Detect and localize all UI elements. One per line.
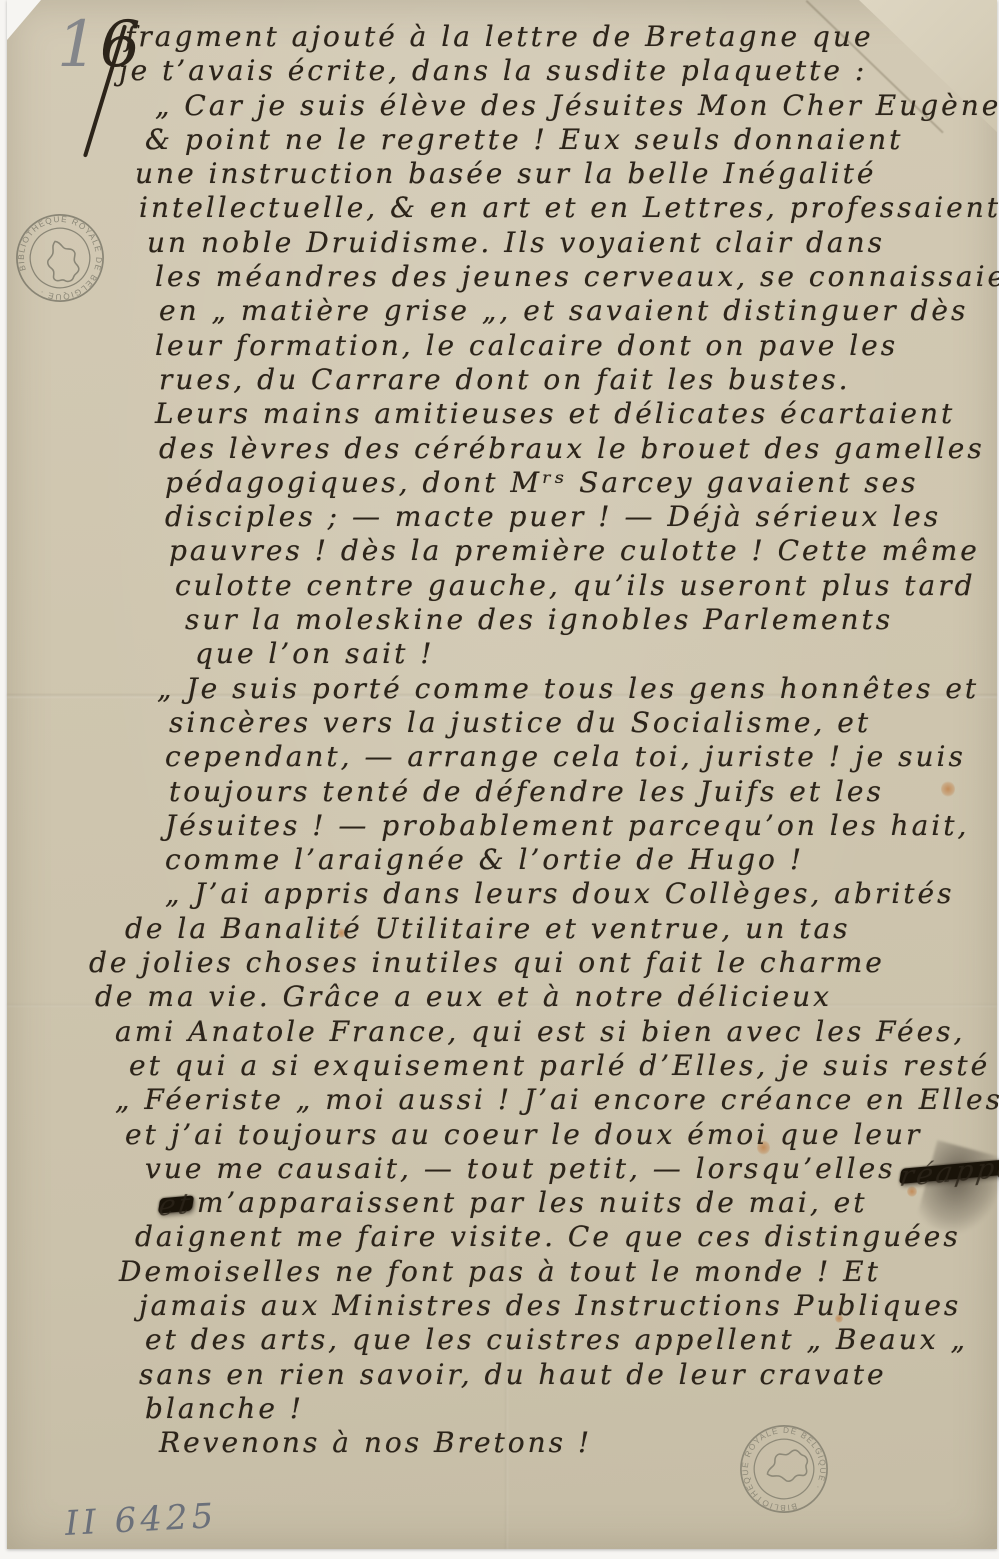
manuscript-text-block: fragment ajouté à la lettre de Bretagne … xyxy=(7,20,997,1460)
manuscript-line: de ma vie. Grâce a eux et à notre délici… xyxy=(95,980,997,1014)
manuscript-line: culotte centre gauche, qu’ils useront pl… xyxy=(175,569,997,603)
manuscript-line: des lèvres des cérébraux le brouet des g… xyxy=(159,432,997,466)
manuscript-line: pauvres ! dès la première culotte ! Cett… xyxy=(169,534,997,568)
manuscript-line: sans en rien savoir, du haut de leur cra… xyxy=(139,1358,997,1392)
manuscript-line: vue me causait, — tout petit, — lorsqu’e… xyxy=(145,1152,997,1186)
manuscript-line: pédagogiques, dont Mʳˢ Sarcey gavaient s… xyxy=(165,466,997,500)
manuscript-line: disciples ; — macte puer ! — Déjà sérieu… xyxy=(165,500,997,534)
manuscript-line: sur la moleskine des ignobles Parlements xyxy=(185,603,997,637)
manuscript-line: les méandres des jeunes cerveaux, se con… xyxy=(155,260,997,294)
crossed-out-word: réappar xyxy=(899,1157,999,1184)
crossed-out-word: et xyxy=(158,1195,194,1213)
manuscript-line: Jésuites ! — probablement parcequ’on les… xyxy=(165,809,997,843)
manuscript-line: fragment ajouté à la lettre de Bretagne … xyxy=(125,20,997,54)
manuscript-line: daignent me faire visite. Ce que ces dis… xyxy=(135,1220,997,1254)
manuscript-line: et j’ai toujours au coeur le doux émoi q… xyxy=(125,1118,997,1152)
manuscript-line: et qui a si exquisement parlé d’Elles, j… xyxy=(129,1049,997,1083)
scanned-manuscript-page: { "page_number": { "pencil_digit": "1", … xyxy=(0,0,999,1559)
manuscript-line: toujours tenté de défendre les Juifs et … xyxy=(169,775,997,809)
manuscript-line: Leurs mains amitieuses et délicates écar… xyxy=(155,397,997,431)
manuscript-line: Revenons à nos Bretons ! xyxy=(159,1426,997,1460)
manuscript-line: leur formation, le calcaire dont on pave… xyxy=(155,329,997,363)
manuscript-line: un noble Druidisme. Ils voyaient clair d… xyxy=(147,226,997,260)
manuscript-line: sincères vers la justice du Socialisme, … xyxy=(169,706,997,740)
manuscript-line: rues, du Carrare dont on fait les bustes… xyxy=(159,363,997,397)
manuscript-line: intellectuelle, & en art et en Lettres, … xyxy=(139,191,997,225)
manuscript-line: ami Anatole France, qui est si bien avec… xyxy=(115,1015,997,1049)
manuscript-line: de la Banalité Utilitaire et ventrue, un… xyxy=(125,912,997,946)
letter-paper: 16 fragment ajouté à la lettre de Bretag… xyxy=(7,0,997,1549)
manuscript-line: „ J’ai appris dans leurs doux Collèges, … xyxy=(165,877,997,911)
lion-emblem-icon xyxy=(41,236,84,286)
lion-emblem-icon xyxy=(762,1445,812,1488)
manuscript-line: etm’apparaissent par les nuits de mai, e… xyxy=(155,1186,997,1220)
manuscript-line: comme l’araignée & l’ortie de Hugo ! xyxy=(165,843,997,877)
manuscript-line: que l’on sait ! xyxy=(195,637,997,671)
shelfmark: II 6425 xyxy=(64,1496,218,1544)
manuscript-line: „ Féeriste „ moi aussi ! J’ai encore cré… xyxy=(115,1083,997,1117)
manuscript-line: „ Je suis porté comme tous les gens honn… xyxy=(157,672,997,706)
manuscript-line: et des arts, que les cuistres appellent … xyxy=(145,1323,997,1357)
manuscript-line: je t’avais écrite, dans la susdite plaqu… xyxy=(119,54,997,88)
manuscript-line: de jolies choses inutiles qui ont fait l… xyxy=(89,946,997,980)
manuscript-line: blanche ! xyxy=(145,1392,997,1426)
manuscript-line: „ Car je suis élève des Jésuites Mon Che… xyxy=(155,89,997,123)
manuscript-line: une instruction basée sur la belle Inéga… xyxy=(135,157,997,191)
manuscript-line: cependant, — arrange cela toi, juriste !… xyxy=(165,740,997,774)
manuscript-line: Demoiselles ne font pas à tout le monde … xyxy=(119,1255,997,1289)
manuscript-line: & point ne le regrette ! Eux seuls donna… xyxy=(145,123,997,157)
manuscript-line: en „ matière grise „, et savaient distin… xyxy=(159,294,997,328)
manuscript-line: jamais aux Ministres des Instructions Pu… xyxy=(139,1289,997,1323)
